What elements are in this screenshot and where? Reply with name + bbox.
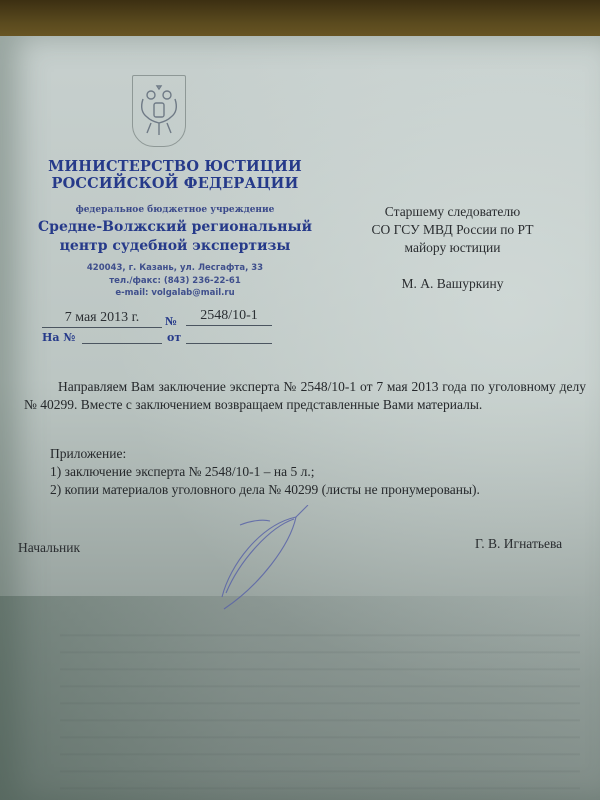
address: 420043, г. Казань, ул. Лесгафта, 33 <box>40 262 310 275</box>
outgoing-number: 2548/10-1 <box>186 308 272 326</box>
outgoing-date: 7 мая 2013 г. <box>42 310 162 328</box>
letter-body: Направляем Вам заключение эксперта № 254… <box>24 378 586 414</box>
reply-from-label: от <box>167 331 181 344</box>
attachment-item: 2) копии материалов уголовного дела № 40… <box>50 481 590 499</box>
recipient-line-3: майору юстиции <box>345 239 560 257</box>
phone: тел./факс: (843) 236-22-61 <box>40 275 310 288</box>
attachments-list: Приложение: 1) заключение эксперта № 254… <box>50 445 590 499</box>
handwritten-signature <box>200 505 310 615</box>
signer-name: Г. В. Игнатьева <box>475 536 562 552</box>
reply-from-date-blank <box>186 343 272 344</box>
recipient-line-2: СО ГСУ МВД России по РТ <box>345 221 560 239</box>
desk-background <box>0 0 600 38</box>
contact-block: 420043, г. Казань, ул. Лесгафта, 33 тел.… <box>40 262 310 300</box>
ministry-name: МИНИСТЕРСТВО ЮСТИЦИИ РОССИЙСКОЙ ФЕДЕРАЦИ… <box>40 158 310 192</box>
signer-title: Начальник <box>18 540 80 556</box>
institution-line-2: центр судебной экспертизы <box>30 237 320 256</box>
recipient-name: М. А. Вашуркину <box>345 275 560 293</box>
show-through-text <box>60 620 580 790</box>
email: e-mail: volgalab@mail.ru <box>40 287 310 300</box>
reply-to-label: На № <box>42 331 75 344</box>
number-sign: № <box>165 314 177 329</box>
institution-name: Средне-Волжский региональный центр судеб… <box>30 218 320 256</box>
ministry-line-2: РОССИЙСКОЙ ФЕДЕРАЦИИ <box>40 175 310 192</box>
attachments-heading: Приложение: <box>50 445 590 463</box>
reply-to-number-blank <box>82 343 162 344</box>
double-headed-eagle-icon <box>137 83 181 139</box>
attachment-item: 1) заключение эксперта № 2548/10-1 – на … <box>50 463 590 481</box>
institution-type: федеральное бюджетное учреждение <box>40 205 310 215</box>
ministry-line-1: МИНИСТЕРСТВО ЮСТИЦИИ <box>40 158 310 175</box>
russian-coat-of-arms-icon <box>132 75 186 147</box>
recipient-line-1: Старшему следователю <box>345 203 560 221</box>
recipient-block: Старшему следователю СО ГСУ МВД России п… <box>345 203 560 293</box>
institution-line-1: Средне-Волжский региональный <box>30 218 320 237</box>
